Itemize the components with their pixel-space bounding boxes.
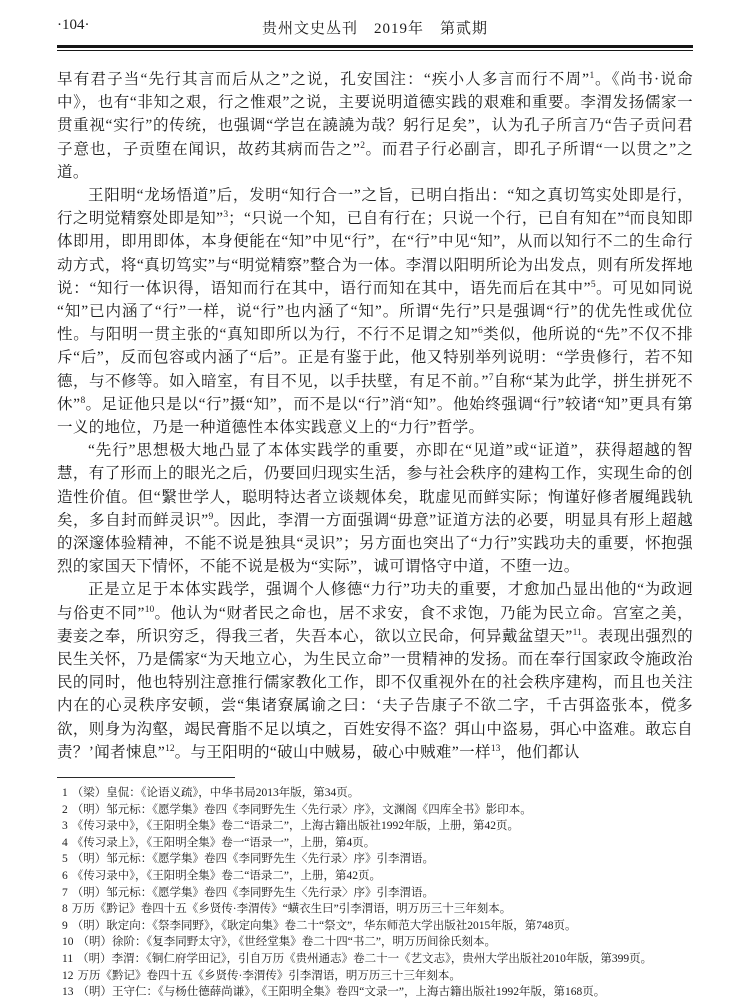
footnote-number: 11 (62, 953, 73, 965)
footnote-number: 3 (62, 820, 68, 832)
footnote-ref: 10 (145, 605, 155, 615)
footnote-item: 4《传习录上》，《王阳明全集》卷一“语录一”，上册，第4页。 (62, 835, 693, 852)
footnote-ref: 6 (478, 326, 483, 336)
footnote-ref: 8 (80, 396, 85, 406)
footnote-number: 6 (62, 870, 68, 882)
footnote-number: 4 (62, 837, 68, 849)
page-number: ·104· (57, 17, 90, 34)
footnote-item: 5（明）邹元标：《愿学集》卷四《李同野先生〈先行录〉序》引李渭语。 (62, 851, 693, 868)
footnote-number: 8 (62, 903, 68, 915)
footnote-item: 3《传习录中》，《王阳明全集》卷二“语录二”，上海古籍出版社1992年版，上册，… (62, 818, 693, 835)
footnote-number: 5 (62, 853, 68, 865)
footnote-ref: 7 (489, 372, 494, 382)
header-rule-thin (57, 50, 693, 51)
footnote-ref: 5 (591, 280, 596, 290)
header-rule-thick (57, 45, 693, 48)
footnote-number: 7 (62, 887, 68, 899)
page-header: ·104· 贵州文史丛刊 2019年 第贰期 (57, 0, 693, 38)
footnote-item: 6《传习录中》，《王阳明全集》卷二“语录二”，上册，第42页。 (62, 868, 693, 885)
footnote-number: 9 (62, 920, 68, 932)
paragraph: 正是立足于本体实践学，强调个人修德“力行”功夫的重要，才愈加凸显出他的“为政迥与… (57, 578, 693, 764)
journal-title: 贵州文史丛刊 2019年 第贰期 (262, 21, 488, 37)
footnote-item: 12万历《黔记》卷四十五《乡贤传·李渭传》引李渭语，明万历三十三年刻本。 (62, 968, 693, 985)
paragraph: “先行”思想极大地凸显了本体实践学的重要，亦即在“见道”或“证道”，获得超越的智… (57, 439, 693, 578)
footnote-separator (57, 777, 235, 778)
footnote-ref: 11 (573, 628, 582, 638)
footnote-ref: 13 (491, 744, 501, 754)
footnote-number: 13 (62, 986, 74, 998)
footnote-number: 10 (62, 936, 74, 948)
footnote-number: 2 (62, 804, 68, 816)
footnote-item: 1（梁）皇侃：《论语义疏》，中华书局2013年版，第34页。 (62, 785, 693, 802)
footnote-ref: 3 (223, 210, 228, 220)
footnote-number: 12 (62, 970, 74, 982)
footnote-ref: 9 (209, 512, 214, 522)
footnote-ref: 1 (589, 71, 594, 81)
footnote-list: 1（梁）皇侃：《论语义疏》，中华书局2013年版，第34页。2（明）邹元标：《愿… (57, 785, 693, 1000)
footnote-ref: 4 (625, 210, 630, 220)
footnote-number: 1 (62, 787, 68, 799)
footnote-item: 8万历《黔记》卷四十五《乡贤传·李渭传》“蟥衣生曰”引李渭语，明万历三十三年刻本… (62, 901, 693, 918)
footnote-item: 7（明）邹元标：《愿学集》卷四《李同野先生〈先行录〉序》引李渭语。 (62, 885, 693, 902)
journal-page: ·104· 贵州文史丛刊 2019年 第贰期 早有君子当“先行其言而后从之”之说… (0, 0, 750, 1000)
footnote-item: 13（明）王守仁：《与杨仕德薛尚谦》，《王阳明全集》卷四“文录一”，上海古籍出版… (62, 984, 693, 1000)
footnote-item: 10（明）徐阶：《复李同野太守》，《世经堂集》卷二十四“书二”，明万历间徐氏刻本… (62, 934, 693, 951)
footnote-item: 11（明）李渭：《铜仁府学田记》，引自万历《贵州通志》卷二十一《艺文志》，贵州大… (62, 951, 693, 968)
paragraph: 早有君子当“先行其言而后从之”之说，孔安国注：“疾小人多言而行不周”1。《尚书·… (57, 68, 693, 184)
footnote-ref: 2 (360, 140, 365, 150)
footnote-item: 2（明）邹元标：《愿学集》卷四《李同野先生〈先行录〉序》，文渊阁《四库全书》影印… (62, 802, 693, 819)
footnote-ref: 12 (165, 744, 175, 754)
footnote-item: 9（明）耿定向：《祭李同野》，《耿定向集》卷二十“祭文”，华东师范大学出版社20… (62, 918, 693, 935)
article-body: 早有君子当“先行其言而后从之”之说，孔安国注：“疾小人多言而行不周”1。《尚书·… (57, 68, 693, 764)
paragraph: 王阳明“龙场悟道”后，发明“知行合一”之旨，已明白指出：“知之真切笃实处即是行，… (57, 184, 693, 439)
